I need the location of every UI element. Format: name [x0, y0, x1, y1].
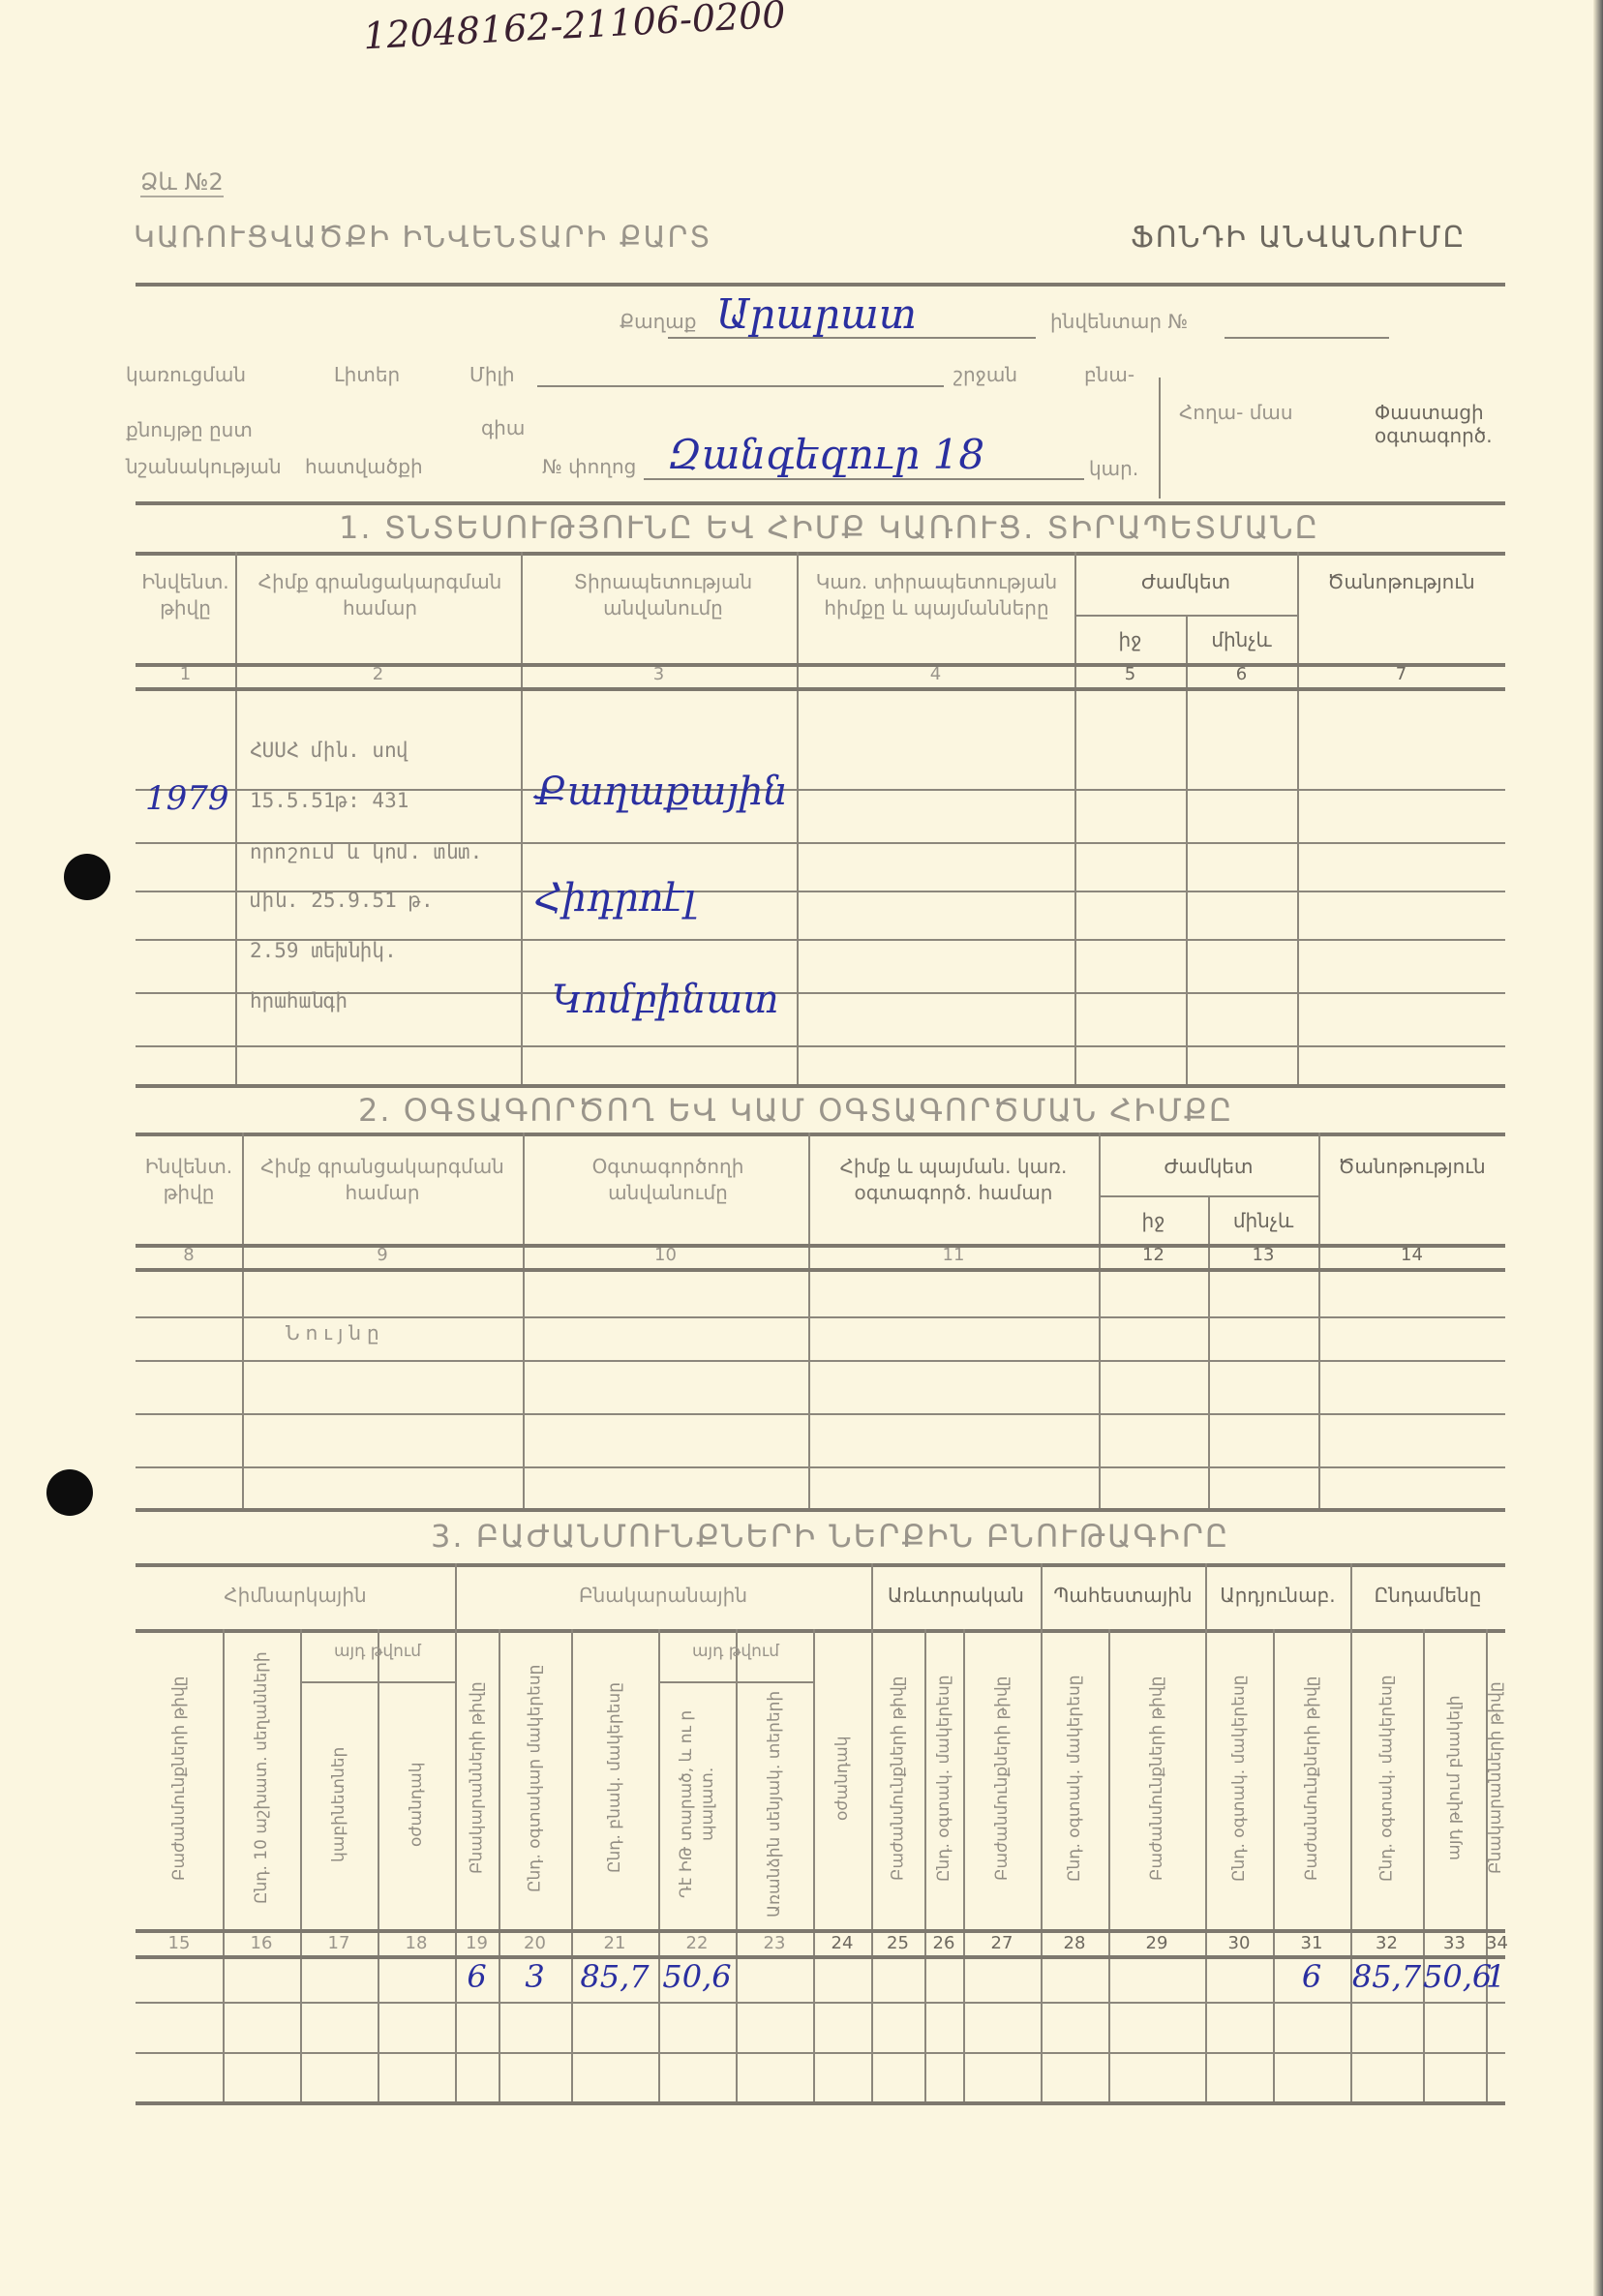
col-number: 32: [1350, 1933, 1423, 1953]
col-header-vertical: Ընդ. օգտակար մակերեսը: [499, 1633, 571, 1923]
col-header-vertical: կաբինետներ: [300, 1685, 378, 1923]
cell-value-34: 1: [1486, 1958, 1505, 1995]
district-label: շրջան: [953, 363, 1017, 386]
col-header-use-basis: Հիմք և պայման. կառ. օգտագործ. համար: [813, 1154, 1094, 1206]
col-header-vertical: Բաժանմունքների թիվը: [1108, 1633, 1205, 1923]
col-header-owner: Տիրապետության անվանումը: [552, 569, 774, 621]
land-part-label: Հողա- մաս: [1179, 401, 1293, 424]
col-header-vertical: Բաժանմունքների թիվը: [1273, 1633, 1350, 1923]
col-header-inventory: Ինվենտ. թիվը: [136, 569, 235, 621]
col-number: 9: [242, 1245, 523, 1265]
street-value[interactable]: Զանգեզուր 18: [668, 431, 984, 478]
section-label: հատվածքի: [305, 455, 423, 478]
bna-label: բնա-: [1084, 363, 1134, 386]
city-label: Քաղաք: [620, 310, 697, 333]
col-number: 4: [797, 664, 1074, 684]
owner-line: Հիդրոէլ: [534, 876, 695, 921]
cell-value-32: 85,7: [1350, 1958, 1423, 1995]
liter-label: Լիտեր: [334, 363, 400, 386]
same-entry: Նույնը: [286, 1321, 385, 1344]
col-header-vertical: Բաժանմունքների թիվը: [871, 1633, 924, 1923]
basis-line: որոշում և կոմ. տնտ.: [250, 840, 482, 863]
section1-title: 1. ՏՆՏԵՍՈՒԹՅՈՒՆԸ ԵՎ ՀԻՄՔ ԿԱՌՈՒՑ. ՏԻՐԱՊԵՏ…: [339, 509, 1319, 546]
structure-label: կառուցման: [126, 363, 246, 386]
owner-line: Կոմբինատ: [552, 978, 779, 1022]
cell-value-31: 6: [1273, 1958, 1350, 1995]
col-number: 6: [1186, 664, 1297, 684]
card-title: ԿԱՌՈՒՑՎԱԾՔԻ ԻՆՎԵՆՏԱՐԻ ՔԱՐՏ: [134, 221, 711, 255]
used-label: Փաստացի օգտագործ.: [1375, 401, 1603, 447]
owner-line: Քաղաքային: [534, 770, 788, 814]
col-number: 3: [521, 664, 797, 684]
gia-label: գիա: [481, 416, 525, 439]
cell-value-20: 3: [499, 1958, 571, 1995]
nature-label: քնույթը ըստ: [126, 418, 253, 441]
col-number: 31: [1273, 1933, 1350, 1953]
col-number: 22: [658, 1933, 736, 1953]
district-underline[interactable]: [537, 385, 944, 387]
col-header-inventory: Ինվենտ. թիվը: [136, 1154, 242, 1206]
col-header-ownership-basis: Կառ. տիրապետության հիմքը և պայմանները: [803, 569, 1070, 621]
col-number: 28: [1041, 1933, 1108, 1953]
page-edge: [1593, 0, 1603, 2296]
cell-value-33: 50,6: [1423, 1958, 1486, 1995]
section3-table: ՀիմնարկայինԲնակարանայինԱռևտրականՊահեստայ…: [136, 1563, 1505, 2105]
kar-label: կար.: [1089, 457, 1138, 480]
col-number: 7: [1297, 664, 1505, 684]
divider: [136, 283, 1505, 287]
col-header-from: իջ: [1074, 627, 1186, 653]
cell-value-22: 50,6: [658, 1958, 736, 1995]
col-number: 1: [136, 664, 235, 684]
col-number: 15: [136, 1933, 223, 1953]
col-header-vertical: Դէ ԻԹ տարած, և ու ր պալատ.: [658, 1685, 736, 1923]
group-header: Առևտրական: [871, 1583, 1041, 1609]
col-number: 23: [736, 1933, 813, 1953]
basis-line: 2.59 տեխնիկ.: [250, 939, 397, 962]
inventory-year: 1979: [145, 779, 229, 818]
col-number: 2: [235, 664, 521, 684]
basis-line: ՀՍՍՀ մին. սով: [250, 739, 408, 762]
col-header-to: մինչև: [1186, 627, 1297, 653]
inventory-label: ինվենտար №: [1050, 310, 1188, 333]
section3-title: 3. ԲԱԺԱՆՄՈՒՆՔՆԵՐԻ ՆԵՐՔԻՆ ԲՆՈՒԹԱԳԻՐԸ: [431, 1518, 1229, 1555]
divider: [1159, 378, 1161, 498]
cell-value-21: 85,7: [571, 1958, 658, 1995]
mili-label: Միլի: [469, 363, 515, 386]
col-number: 26: [924, 1933, 963, 1953]
col-number: 17: [300, 1933, 378, 1953]
col-header-basis: Հիմք գրանցակարգման համար: [242, 569, 518, 621]
col-header-note: Ծանոթություն: [1297, 569, 1505, 595]
col-header-term: Ժամկետ: [1074, 569, 1297, 595]
form-number: Ձև №2: [140, 168, 224, 197]
col-header-vertical: Բնակարանների թիվը: [1486, 1633, 1505, 1923]
city-value[interactable]: Արարատ: [716, 290, 917, 338]
col-number: 16: [223, 1933, 300, 1953]
col-header-vertical: Ընդ. օգտակ. մակերեսը: [1350, 1633, 1423, 1923]
col-header-from: իջ: [1099, 1208, 1208, 1234]
col-header-vertical: այդ թվում բնակելի: [1423, 1633, 1486, 1923]
col-number: 12: [1099, 1245, 1208, 1265]
col-number: 11: [808, 1245, 1099, 1265]
basis-line: հրահանգի: [250, 989, 348, 1012]
group-header: Ընդամենը: [1350, 1583, 1505, 1609]
col-header-vertical: Ընդ. բնակ. մակերեսը: [571, 1633, 658, 1923]
divider: [136, 501, 1505, 505]
fund-name-title: ՖՈՆԴԻ ԱՆՎԱՆՈՒՄԸ: [1131, 221, 1467, 255]
col-header-vertical: Ընդ. օգտակ. մակերեսը: [1205, 1633, 1273, 1923]
col-number: 30: [1205, 1933, 1273, 1953]
col-number: 10: [523, 1245, 808, 1265]
group-header: Արդյունաբ.: [1205, 1583, 1350, 1609]
archive-code: 12048162-21106-0200: [362, 0, 786, 57]
hole-punch: [46, 1469, 93, 1516]
col-header-vertical: Բնակարանների թիվը: [455, 1633, 499, 1923]
col-number: 24: [813, 1933, 871, 1953]
col-number: 20: [499, 1933, 571, 1953]
basis-line: մին. 25.9.51 թ.: [250, 889, 434, 912]
col-header-note: Ծանոթություն: [1318, 1154, 1505, 1180]
naming-label: նշանակության: [126, 455, 282, 478]
col-header-to: մինչև: [1208, 1208, 1318, 1234]
col-header-vertical: Բաժանմունքների թիվը: [136, 1633, 223, 1923]
section2-table: Ինվենտ. թիվը Հիմք գրանցակարգման համար Օգ…: [136, 1133, 1505, 1510]
col-header-vertical: օժանդակ: [813, 1633, 871, 1923]
group-header: Բնակարանային: [455, 1583, 871, 1609]
section1-table: Ինվենտ. թիվը Հիմք գրանցակարգման համար Տի…: [136, 552, 1505, 1084]
col-header-vertical: Առանձին սենյակ. տերերի: [736, 1685, 813, 1923]
col-number: 13: [1208, 1245, 1318, 1265]
group-header: Հիմնարկային: [136, 1583, 455, 1609]
col-number: 5: [1074, 664, 1186, 684]
section2-title: 2. ՕԳՏԱԳՈՐԾՈՂ ԵՎ ԿԱՄ ՕԳՏԱԳՈՐԾՄԱՆ ՀԻՄՔԸ: [358, 1092, 1233, 1129]
col-header-vertical: Ընդ. օգտակ. մակերեսը: [1041, 1633, 1108, 1923]
inventory-underline[interactable]: [1225, 337, 1389, 339]
col-number: 25: [871, 1933, 924, 1953]
subgroup-header: այդ թվում: [300, 1641, 455, 1663]
col-header-vertical: Ընդ. 10 աշխատ. սեղանների: [223, 1633, 300, 1923]
col-number: 21: [571, 1933, 658, 1953]
street-underline: [644, 478, 1084, 480]
col-header-vertical: օժանդակ: [378, 1685, 455, 1923]
group-header: Պահեստային: [1041, 1583, 1205, 1609]
col-number: 18: [378, 1933, 455, 1953]
cell-value-19: 6: [455, 1958, 499, 1995]
col-number: 14: [1318, 1245, 1505, 1265]
col-number: 34: [1486, 1933, 1505, 1953]
street-label: № փողոց: [542, 455, 636, 478]
col-header-term: Ժամկետ: [1099, 1154, 1318, 1180]
col-number: 33: [1423, 1933, 1486, 1953]
basis-line: 15.5.51թ: 431: [250, 789, 408, 812]
col-number: 27: [963, 1933, 1041, 1953]
col-header-vertical: Բաժանմունքների թիվը: [963, 1633, 1041, 1923]
col-number: 19: [455, 1933, 499, 1953]
subgroup-header: այդ թվում: [658, 1641, 813, 1663]
col-header-basis: Հիմք գրանցակարգման համար: [242, 1154, 523, 1206]
col-header-vertical: Ընդ. օգտակ. մակերեսը: [924, 1633, 963, 1923]
col-number: 29: [1108, 1933, 1205, 1953]
col-header-user: Օգտագործողի անվանումը: [552, 1154, 784, 1206]
col-number: 8: [136, 1245, 242, 1265]
hole-punch: [64, 854, 110, 900]
